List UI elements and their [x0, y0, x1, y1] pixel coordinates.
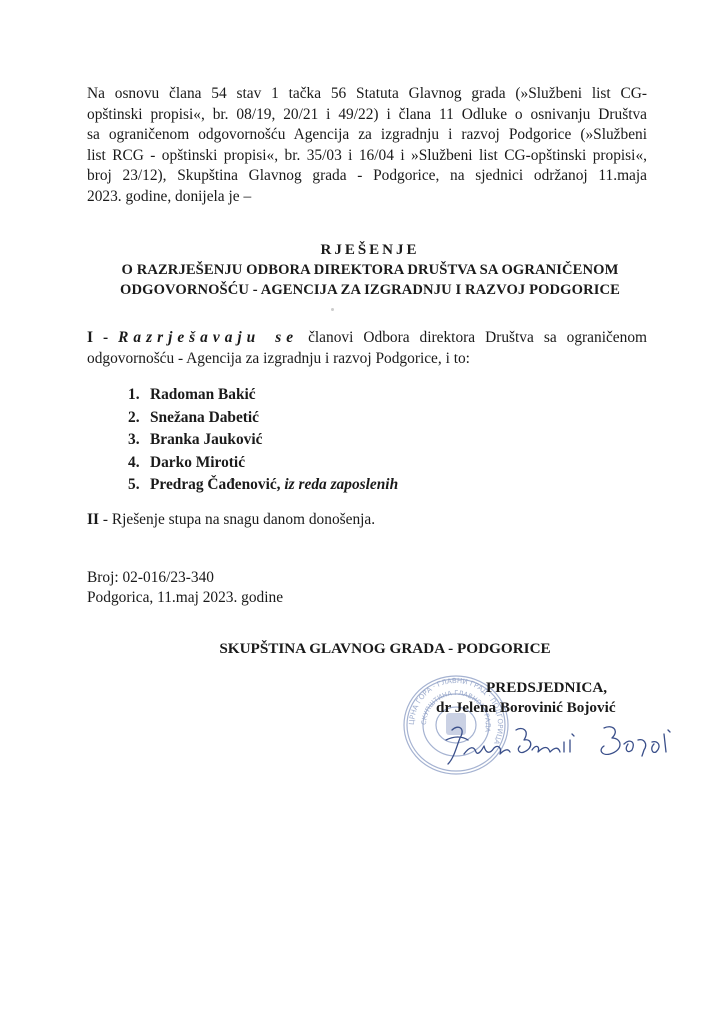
member-name: Branka Jauković	[150, 429, 262, 452]
list-number: 4.	[128, 452, 150, 475]
preamble-line: list RCG - opštinski propisi«, br. 35/03…	[87, 146, 647, 167]
document-number: Broj: 02-016/23-340	[87, 568, 283, 588]
document-page: Na osnovu člana 54 stav 1 tačka 56 Statu…	[0, 0, 724, 1024]
preamble-paragraph: Na osnovu člana 54 stav 1 tačka 56 Statu…	[87, 84, 647, 207]
document-title: RJEŠENJE	[100, 240, 640, 260]
place-date: Podgorica, 11.maj 2023. godine	[87, 588, 283, 608]
issuing-body: SKUPŠTINA GLAVNOG GRADA - PODGORICE	[200, 640, 570, 658]
list-item: 2.Snežana Dabetić	[128, 407, 398, 430]
section-2: II - Rješenje stupa na snagu danom donoš…	[87, 510, 375, 530]
preamble-line: Na osnovu člana 54 stav 1 tačka 56 Statu…	[87, 84, 647, 105]
list-item: 4.Darko Mirotić	[128, 452, 398, 475]
section-2-text: - Rješenje stupa na snagu danom donošenj…	[103, 511, 375, 528]
list-number: 1.	[128, 384, 150, 407]
preamble-line: broj 23/12), Skupština Glavnog grada - P…	[87, 166, 647, 187]
section-1-keyword: Razrješavaju se	[118, 329, 298, 346]
section-1-text: članovi Odbora direktora Društva sa ogra…	[308, 329, 647, 346]
member-name: Radoman Bakić	[150, 384, 256, 407]
scan-speck	[331, 308, 334, 311]
member-name: Predrag Čađenović,	[150, 474, 281, 497]
section-1-line-1: I - Razrješavaju se članovi Odbora direk…	[87, 328, 647, 349]
preamble-line: 2023. godine, donijela je –	[87, 187, 647, 208]
member-name: Darko Mirotić	[150, 452, 245, 475]
list-number: 3.	[128, 429, 150, 452]
list-number: 5.	[128, 474, 150, 497]
document-meta: Broj: 02-016/23-340 Podgorica, 11.maj 20…	[87, 568, 283, 608]
list-item: 5.Predrag Čađenović, iz reda zaposlenih	[128, 474, 398, 497]
members-list: 1.Radoman Bakić 2.Snežana Dabetić 3.Bran…	[128, 384, 398, 497]
member-note: iz reda zaposlenih	[284, 474, 398, 497]
signatory-role: PREDSJEDNICA,	[470, 678, 680, 698]
list-item: 1.Radoman Bakić	[128, 384, 398, 407]
preamble-line: sa ograničenom odgovornošću Agencija za …	[87, 125, 647, 146]
list-number: 2.	[128, 407, 150, 430]
document-heading: RJEŠENJE O RAZRJEŠENJU ODBORA DIREKTORA …	[100, 240, 640, 300]
section-1-line-2: odgovornošću - Agencija za izgradnju i r…	[87, 350, 470, 367]
document-subtitle-line-1: O RAZRJEŠENJU ODBORA DIREKTORA DRUŠTVA S…	[100, 260, 640, 280]
signatory-block: PREDSJEDNICA, dr Jelena Borovinić Bojovi…	[470, 678, 680, 718]
handwritten-signature-icon	[440, 720, 680, 770]
section-1: I - Razrješavaju se članovi Odbora direk…	[87, 328, 647, 369]
section-2-number: II	[87, 511, 99, 528]
document-subtitle-line-2: ODGOVORNOŠĆU - AGENCIJA ZA IZGRADNJU I R…	[100, 280, 640, 300]
signatory-name: dr Jelena Borovinić Bojović	[436, 698, 680, 718]
preamble-line: opštinski propisi«, br. 08/19, 20/21 i 4…	[87, 105, 647, 126]
member-name: Snežana Dabetić	[150, 407, 259, 430]
section-1-number: I -	[87, 329, 108, 346]
list-item: 3.Branka Jauković	[128, 429, 398, 452]
